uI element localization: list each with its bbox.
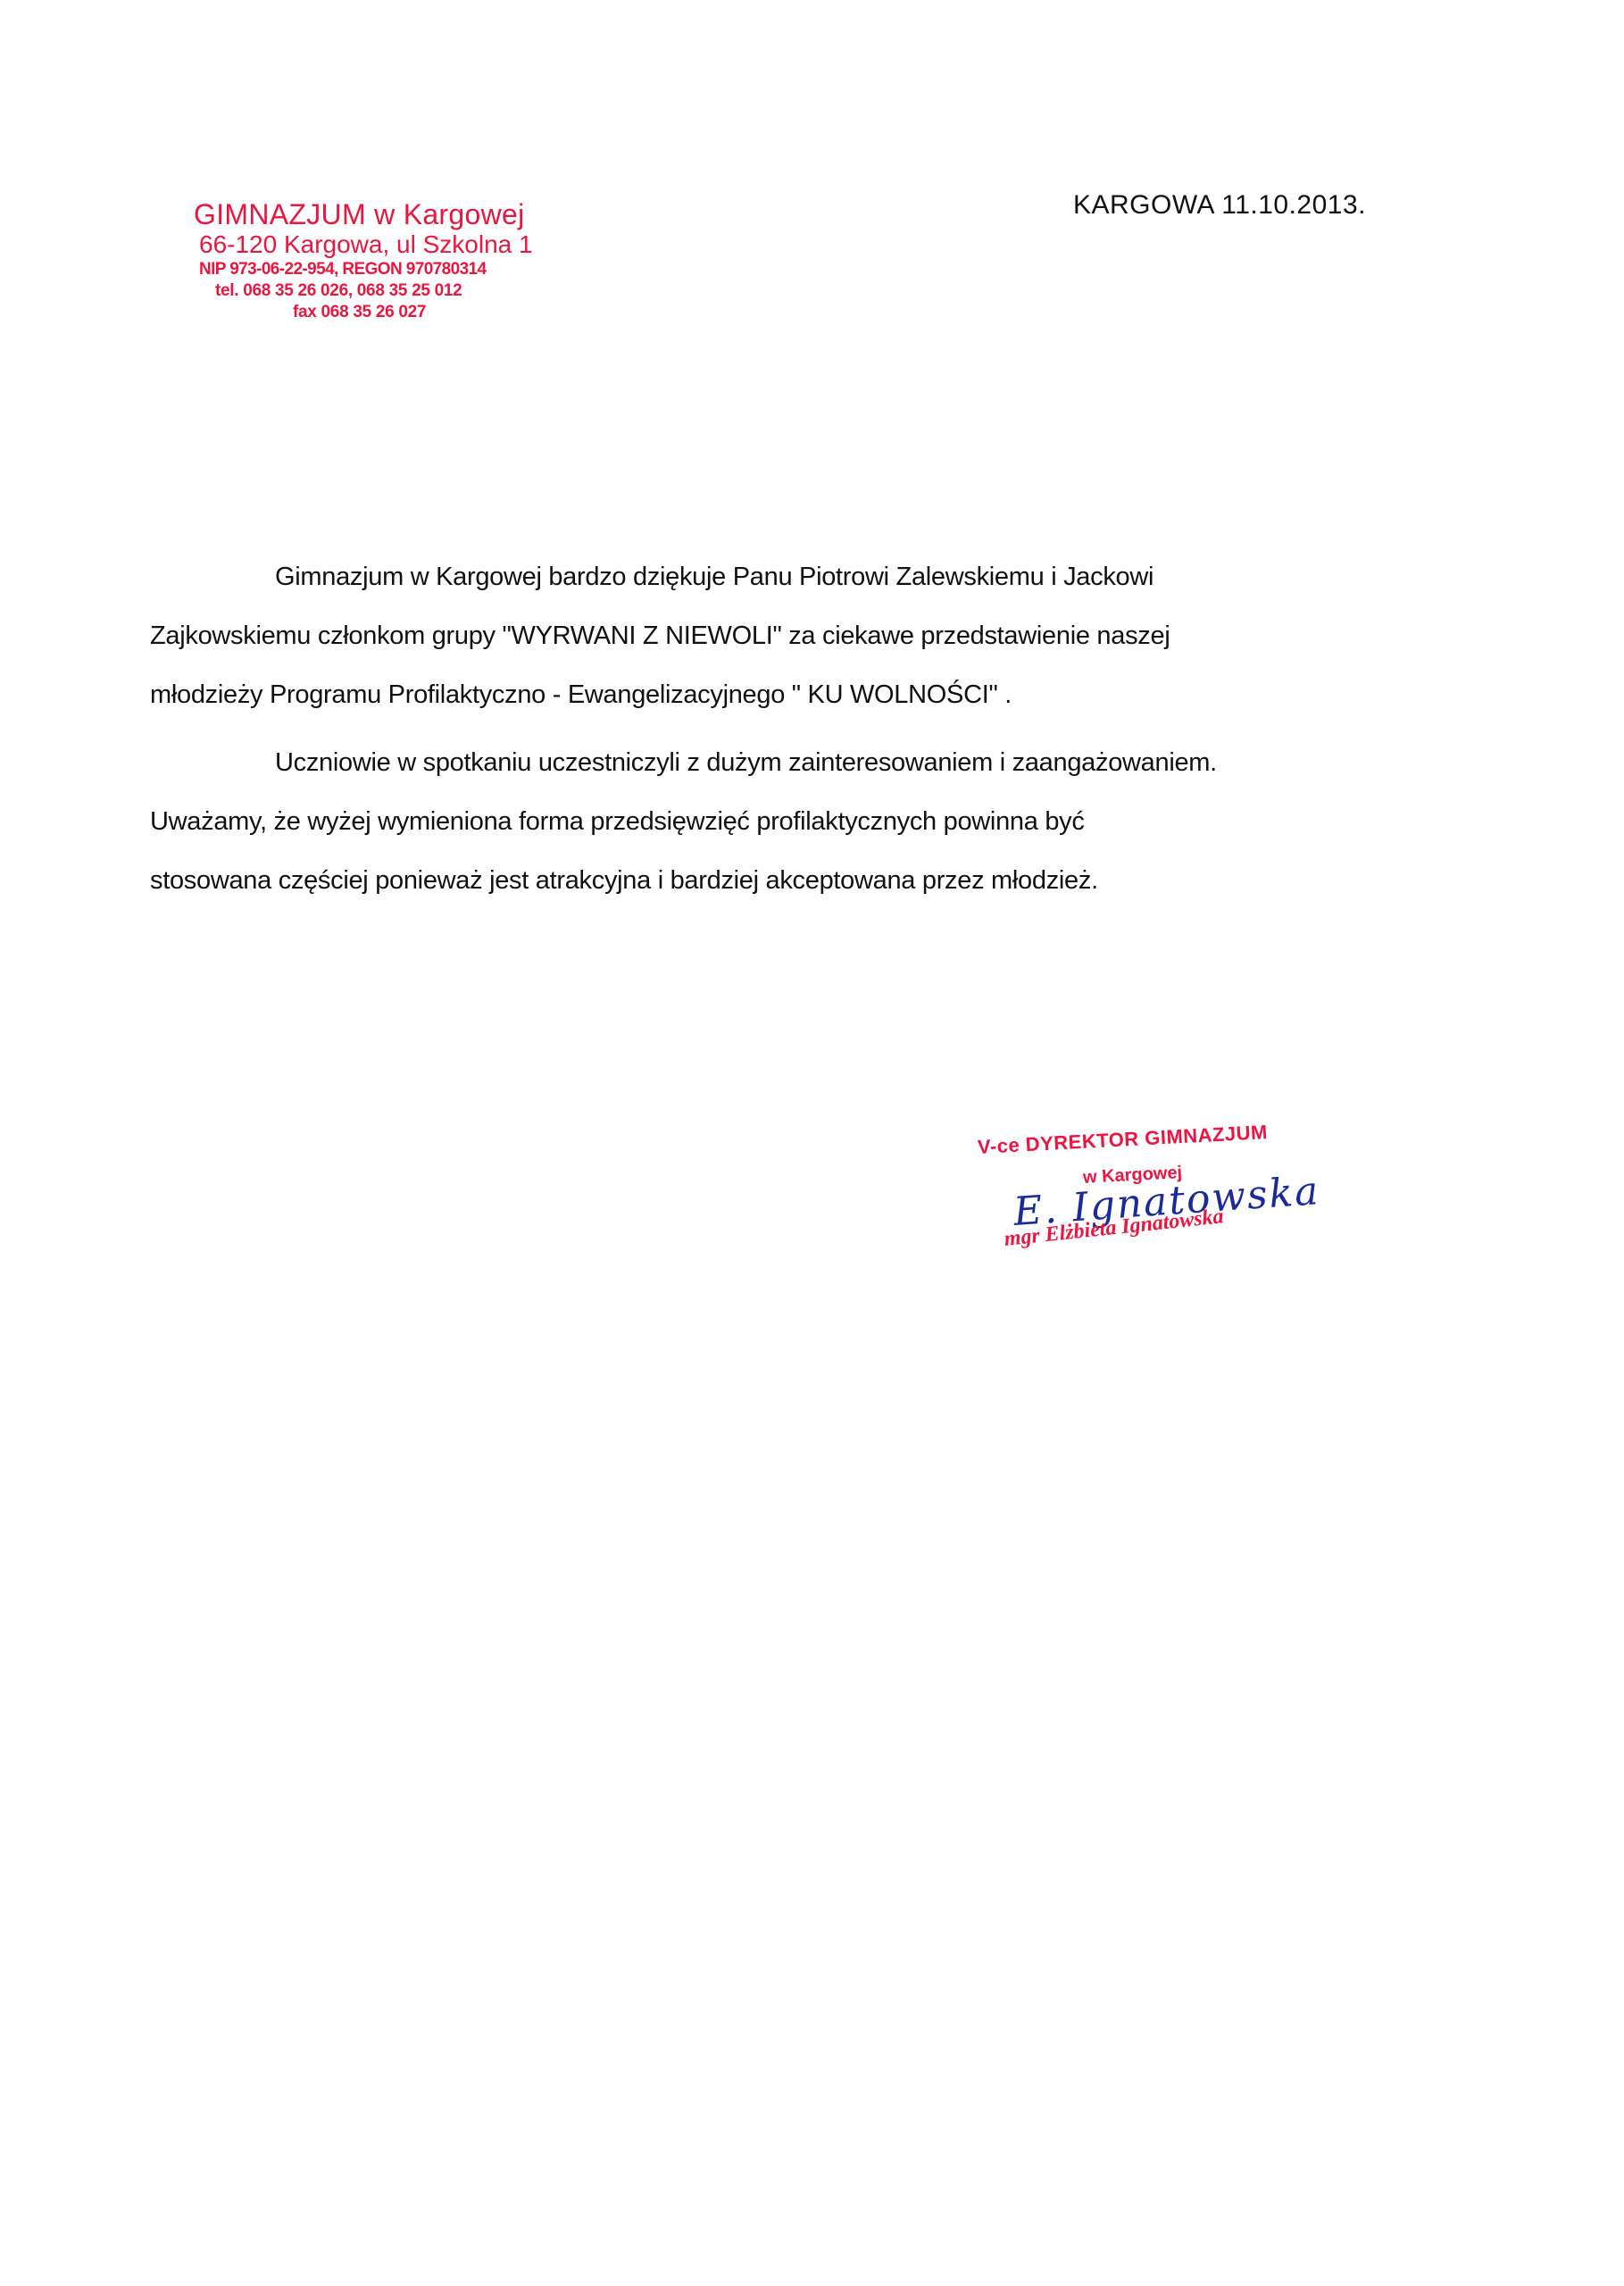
signature-stamp-title: V-ce DYREKTOR GIMNAZJUM (977, 1121, 1268, 1159)
body-line: Uczniowie w spotkaniu uczestniczyli z du… (150, 739, 1418, 798)
stamp-fax: fax 068 35 26 027 (293, 302, 567, 323)
body-line: Gimnazjum w Kargowej bardzo dziękuje Pan… (150, 554, 1418, 613)
paragraph-gap (150, 730, 1418, 739)
body-line: stosowana częściej ponieważ jest atrakcy… (150, 857, 1418, 916)
letter-body: Gimnazjum w Kargowej bardzo dziękuje Pan… (150, 554, 1418, 916)
body-line: Zajkowskiemu członkom grupy "WYRWANI Z N… (150, 613, 1418, 672)
stamp-tax-ids: NIP 973-06-22-954, REGON 970780314 (199, 259, 567, 280)
school-letterhead-stamp: GIMNAZJUM w Kargowej 66-120 Kargowa, ul … (192, 198, 567, 323)
document-page: GIMNAZJUM w Kargowej 66-120 Kargowa, ul … (0, 0, 1624, 2286)
stamp-school-name: GIMNAZJUM w Kargowej (194, 198, 567, 230)
stamp-address: 66-120 Kargowa, ul Szkolna 1 (199, 230, 567, 259)
signature-block: V-ce DYREKTOR GIMNAZJUM w Kargowej E. Ig… (978, 1116, 1406, 1277)
body-line: Uważamy, że wyżej wymieniona forma przed… (150, 798, 1418, 857)
body-line: młodzieży Programu Profilaktyczno - Ewan… (150, 672, 1418, 730)
place-and-date: KARGOWA 11.10.2013. (1073, 190, 1366, 221)
stamp-phone: tel. 068 35 26 026, 068 35 25 012 (215, 280, 567, 302)
